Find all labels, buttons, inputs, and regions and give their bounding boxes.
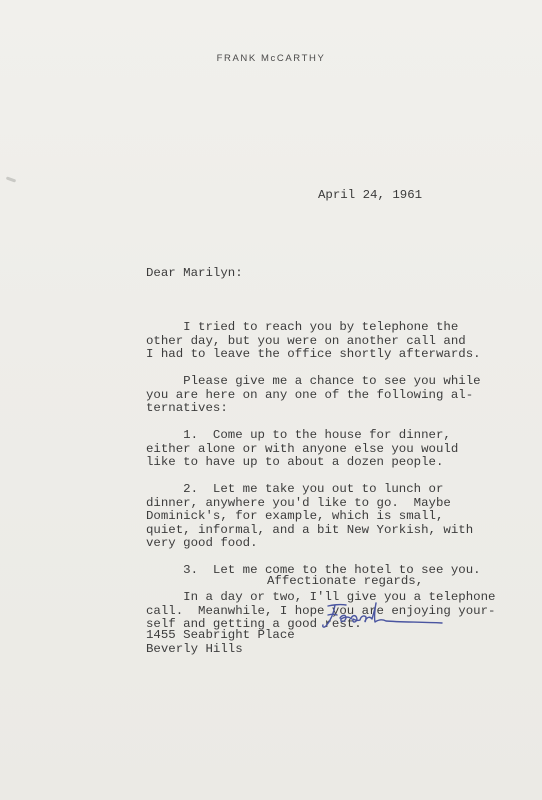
salutation: Dear Marilyn: xyxy=(146,267,466,281)
paragraph-line: like to have up to about a dozen people. xyxy=(146,456,466,470)
paragraph: Please give me a chance to see you while… xyxy=(146,375,466,416)
address-street: 1455 Seabright Place xyxy=(146,628,295,642)
return-address: 1455 Seabright Place Beverly Hills xyxy=(146,628,295,656)
address-city: Beverly Hills xyxy=(146,642,295,656)
paragraph: I tried to reach you by telephone theoth… xyxy=(146,321,466,362)
paragraph-line: 2. Let me take you out to lunch or xyxy=(146,483,466,497)
paragraph-line: very good food. xyxy=(146,537,466,551)
paragraph-line: Dominick's, for example, which is small, xyxy=(146,510,466,524)
closing: Affectionate regards, xyxy=(267,574,423,588)
paragraph-line: Please give me a chance to see you while xyxy=(146,375,466,389)
paragraph-line: I tried to reach you by telephone the xyxy=(146,321,466,335)
paragraph: 2. Let me take you out to lunch ordinner… xyxy=(146,483,466,551)
paragraph-line: quiet, informal, and a bit New Yorkish, … xyxy=(146,524,466,538)
letter-body: Dear Marilyn: I tried to reach you by te… xyxy=(146,240,466,659)
paragraph-line: either alone or with anyone else you wou… xyxy=(146,443,466,457)
letterhead: FRANK McCARTHY xyxy=(0,53,542,64)
paragraph-line: I had to leave the office shortly afterw… xyxy=(146,348,466,362)
letter-date: April 24, 1961 xyxy=(318,188,422,202)
paragraph: 1. Come up to the house for dinner,eithe… xyxy=(146,429,466,470)
signature xyxy=(318,598,458,634)
paragraph-line: 1. Come up to the house for dinner, xyxy=(146,429,466,443)
paragraph-line: dinner, anywhere you'd like to go. Maybe xyxy=(146,497,466,511)
paragraph-line: other day, but you were on another call … xyxy=(146,335,466,349)
paragraph-line: ternatives: xyxy=(146,402,466,416)
paragraph-line: you are here on any one of the following… xyxy=(146,389,466,403)
